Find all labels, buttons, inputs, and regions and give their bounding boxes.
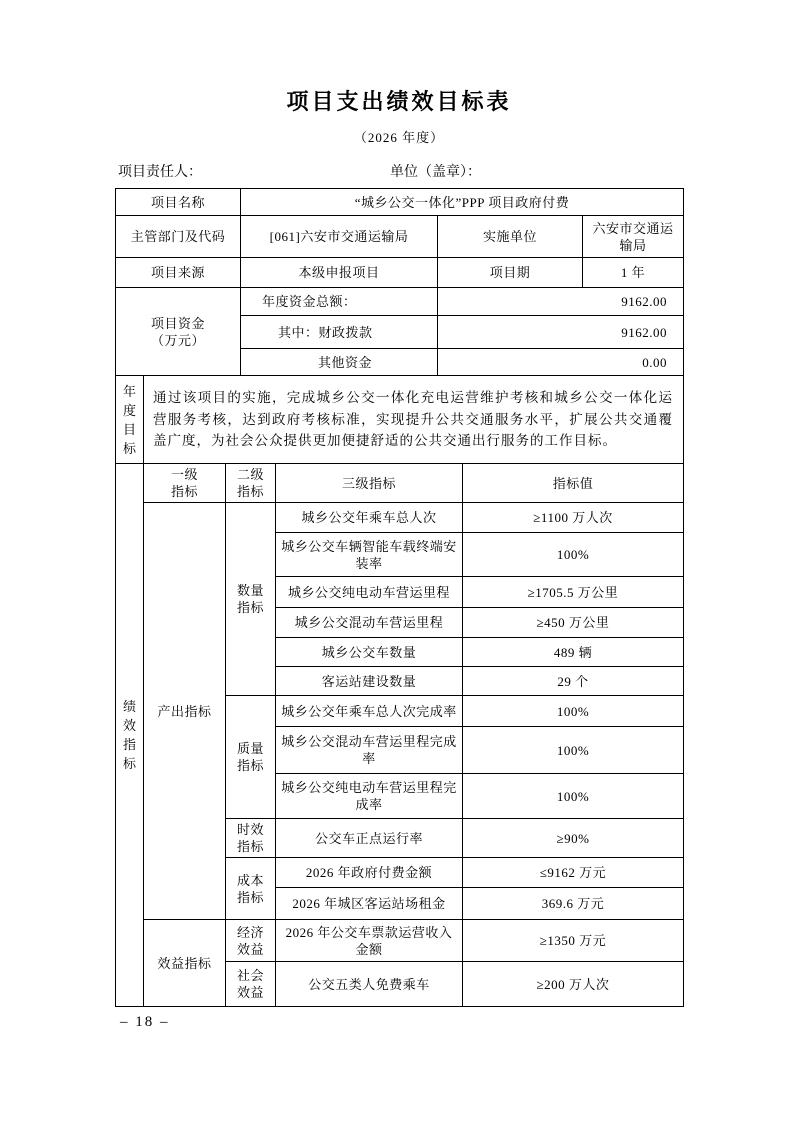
indicator-cell: 城乡公交混动车营运里程: [276, 608, 463, 638]
impl-unit-label-cell: 实施单位: [438, 216, 583, 258]
unit-seal-label: 单位（盖章）：: [390, 161, 481, 185]
level2-social-cell: 社会 效益: [226, 962, 276, 1007]
dept-label-cell: 主管部门及代码: [116, 216, 241, 258]
table-row: 项目名称 “城乡公交一体化”PPP 项目政府付费: [116, 189, 684, 216]
indicator-cell: 城乡公交纯电动车营运里程: [276, 577, 463, 608]
funds-label-cell: 项目资金 （万元）: [116, 288, 241, 376]
funds-total-value-cell: 9162.00: [438, 288, 684, 316]
header-value-cell: 指标值: [463, 464, 684, 503]
indicator-cell: 城乡公交纯电动车营运里程完成率: [276, 774, 463, 819]
indicator-value-cell: ≥90%: [463, 819, 684, 858]
page-subtitle: （2026 年度）: [115, 129, 683, 146]
header-level3-cell: 三级指标: [276, 464, 463, 503]
dept-value-cell: [061]六安市交通运输局: [241, 216, 438, 258]
indicator-cell: 城乡公交年乘车总人次: [276, 503, 463, 533]
level2-timeliness-cell: 时效 指标: [226, 819, 276, 858]
indicator-cell: 城乡公交混动车营运里程完成率: [276, 727, 463, 774]
indicator-value-cell: 100%: [463, 533, 684, 577]
table-row: 绩效指标 一级 指标 二级 指标 三级指标 指标值: [116, 464, 684, 503]
indicator-value-cell: 100%: [463, 696, 684, 727]
funds-fiscal-value-cell: 9162.00: [438, 316, 684, 349]
performance-table: 绩效指标 一级 指标 二级 指标 三级指标 指标值 产出指标 数量 指标 城乡公…: [115, 463, 684, 1007]
page-title: 项目支出绩效目标表: [115, 88, 683, 116]
meta-row: 项目责任人： 单位（盖章）：: [115, 161, 683, 185]
table-row: 项目资金 （万元） 年度资金总额： 9162.00: [116, 288, 684, 316]
project-info-table: 项目名称 “城乡公交一体化”PPP 项目政府付费 主管部门及代码 [061]六安…: [115, 188, 684, 376]
table-row: 产出指标 数量 指标 城乡公交年乘车总人次 ≥1100 万人次: [116, 503, 684, 533]
document-page: 项目支出绩效目标表 （2026 年度） 项目责任人： 单位（盖章）： 项目名称 …: [115, 0, 683, 1007]
indicator-cell: 公交五类人免费乘车: [276, 962, 463, 1007]
header-level2-cell: 二级 指标: [226, 464, 276, 503]
performance-side-label-cell: 绩效指标: [116, 464, 144, 1007]
level1-output-cell: 产出指标: [144, 503, 226, 920]
funds-total-label-cell: 年度资金总额：: [241, 288, 438, 316]
annual-goal-text-cell: 通过该项目的实施，完成城乡公交一体化充电运营维护考核和城乡公交一体化运营服务考核…: [144, 376, 684, 464]
indicator-cell: 2026 年公交车票款运营收入金额: [276, 920, 463, 962]
level2-quality-cell: 质量 指标: [226, 696, 276, 819]
indicator-value-cell: 489 辆: [463, 638, 684, 667]
indicator-value-cell: 29 个: [463, 667, 684, 696]
source-label-cell: 项目来源: [116, 258, 241, 288]
indicator-cell: 2026 年城区客运站场租金: [276, 888, 463, 920]
annual-goal-table: 年度目标 通过该项目的实施，完成城乡公交一体化充电运营维护考核和城乡公交一体化运…: [115, 375, 684, 464]
indicator-value-cell: ≥1350 万元: [463, 920, 684, 962]
indicator-value-cell: ≥200 万人次: [463, 962, 684, 1007]
page-number: – 18 –: [120, 1014, 170, 1031]
indicator-cell: 城乡公交车辆智能车载终端安装率: [276, 533, 463, 577]
indicator-value-cell: 100%: [463, 774, 684, 819]
responsible-person-label: 项目责任人：: [118, 161, 202, 185]
annual-goal-vertical-label: 年度目标: [122, 382, 137, 458]
indicator-cell: 城乡公交车数量: [276, 638, 463, 667]
indicator-value-cell: 100%: [463, 727, 684, 774]
annual-goal-label-cell: 年度目标: [116, 376, 144, 464]
source-value-cell: 本级申报项目: [241, 258, 438, 288]
level2-economic-cell: 经济 效益: [226, 920, 276, 962]
project-name-value-cell: “城乡公交一体化”PPP 项目政府付费: [241, 189, 684, 216]
indicator-cell: 客运站建设数量: [276, 667, 463, 696]
funds-other-label-cell: 其他资金: [241, 349, 438, 376]
table-row: 年度目标 通过该项目的实施，完成城乡公交一体化充电运营维护考核和城乡公交一体化运…: [116, 376, 684, 464]
level2-cost-cell: 成本 指标: [226, 858, 276, 920]
level1-benefit-cell: 效益指标: [144, 920, 226, 1007]
header-level1-cell: 一级 指标: [144, 464, 226, 503]
table-row: 效益指标 经济 效益 2026 年公交车票款运营收入金额 ≥1350 万元: [116, 920, 684, 962]
indicator-cell: 城乡公交年乘车总人次完成率: [276, 696, 463, 727]
table-row: 项目来源 本级申报项目 项目期 1 年: [116, 258, 684, 288]
indicator-value-cell: ≤9162 万元: [463, 858, 684, 888]
period-value-cell: 1 年: [583, 258, 684, 288]
funds-other-value-cell: 0.00: [438, 349, 684, 376]
indicator-cell: 公交车正点运行率: [276, 819, 463, 858]
project-name-label-cell: 项目名称: [116, 189, 241, 216]
level2-quantity-cell: 数量 指标: [226, 503, 276, 696]
indicator-value-cell: ≥1705.5 万公里: [463, 577, 684, 608]
period-label-cell: 项目期: [438, 258, 583, 288]
indicator-value-cell: ≥450 万公里: [463, 608, 684, 638]
funds-fiscal-label-cell: 其中：财政拨款: [241, 316, 438, 349]
indicator-cell: 2026 年政府付费金额: [276, 858, 463, 888]
table-row: 主管部门及代码 [061]六安市交通运输局 实施单位 六安市交通运输局: [116, 216, 684, 258]
impl-unit-value-cell: 六安市交通运输局: [583, 216, 684, 258]
indicator-value-cell: 369.6 万元: [463, 888, 684, 920]
performance-vertical-label: 绩效指标: [122, 697, 137, 773]
indicator-value-cell: ≥1100 万人次: [463, 503, 684, 533]
